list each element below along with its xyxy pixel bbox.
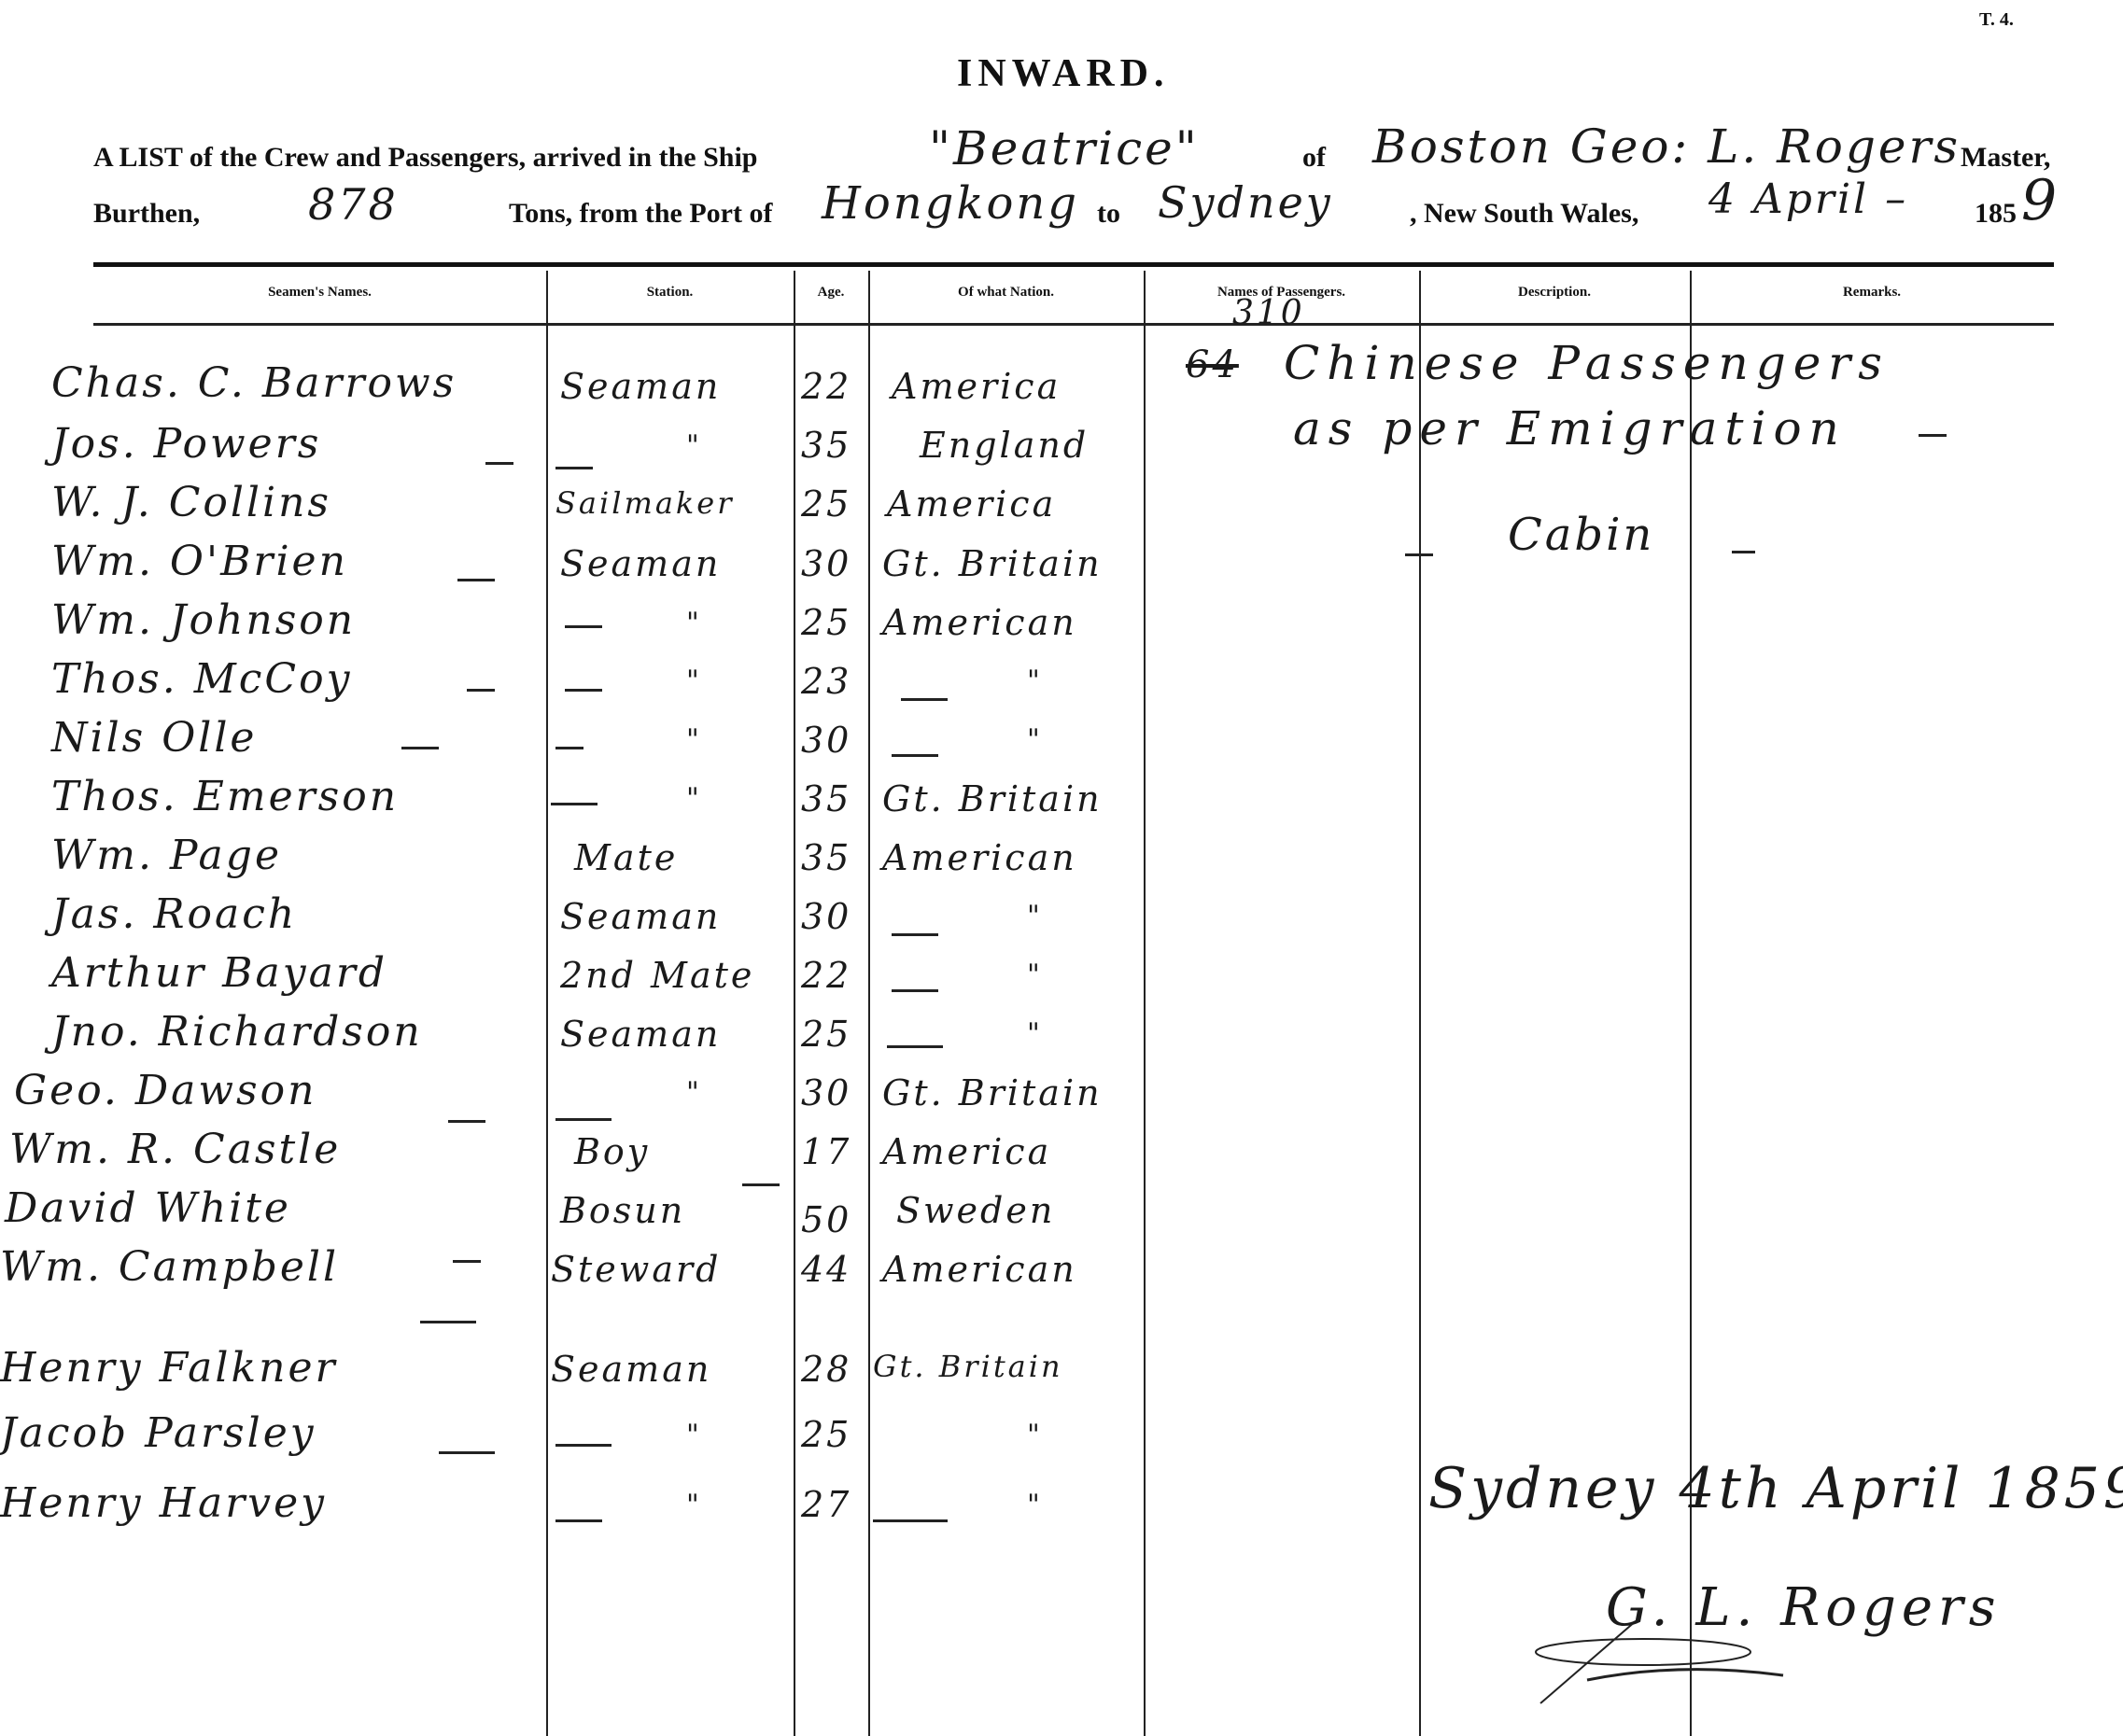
subheader-rule bbox=[548, 323, 794, 326]
crew-station: " bbox=[686, 1076, 702, 1109]
crew-name: Wm. Page bbox=[51, 832, 282, 879]
crew-nation: " bbox=[1027, 900, 1043, 932]
crew-age: 25 bbox=[801, 1014, 851, 1055]
burthen-label: Burthen, bbox=[93, 198, 200, 230]
crew-nation: Sweden bbox=[896, 1190, 1055, 1231]
crew-station: Seaman bbox=[560, 896, 721, 937]
ditto-dash bbox=[439, 1451, 495, 1454]
crew-name: Thos. Emerson bbox=[51, 773, 399, 820]
header-list-label: A LIST of the Crew and Passengers, arriv… bbox=[93, 142, 757, 174]
ditto-dash bbox=[555, 467, 593, 469]
ditto-dash bbox=[555, 1118, 612, 1121]
column-header-age: Age. bbox=[794, 285, 868, 301]
crew-station: " bbox=[686, 1489, 702, 1521]
crew-name: Jas. Roach bbox=[51, 890, 297, 938]
crew-age: 30 bbox=[801, 896, 851, 937]
ditto-dash bbox=[892, 989, 938, 992]
subheader-rule bbox=[1692, 323, 2054, 326]
ship-name: "Beatrice" bbox=[929, 121, 1200, 175]
crew-name: David White bbox=[5, 1184, 291, 1232]
passenger-name-line2: as per Emigration bbox=[1293, 401, 1847, 455]
crew-station: Steward bbox=[551, 1249, 721, 1290]
crew-station: " bbox=[686, 665, 702, 697]
passenger-struck-number: 64 bbox=[1186, 343, 1239, 386]
crew-name: Jos. Powers bbox=[51, 420, 321, 468]
crew-name: W. J. Collins bbox=[51, 479, 331, 526]
column-divider bbox=[1144, 271, 1146, 1736]
crew-age: 25 bbox=[801, 483, 851, 525]
ditto-dash bbox=[551, 803, 598, 805]
crew-station: Seaman bbox=[560, 366, 721, 407]
ditto-dash bbox=[555, 1444, 612, 1447]
column-header-station: Station. bbox=[546, 285, 794, 301]
ditto-dash bbox=[453, 1260, 481, 1263]
crew-age: 22 bbox=[801, 366, 851, 407]
crew-age: 50 bbox=[801, 1199, 851, 1240]
home-port-master: Boston Geo: L. Rogers bbox=[1372, 119, 1961, 174]
crew-name: Arthur Bayard bbox=[51, 949, 387, 997]
crew-name: Geo. Dawson bbox=[14, 1067, 316, 1114]
to-label: to bbox=[1097, 198, 1120, 230]
ditto-dash bbox=[901, 698, 948, 701]
ditto-dash bbox=[467, 689, 495, 692]
crew-age: 44 bbox=[801, 1249, 851, 1290]
crew-station: " bbox=[686, 429, 702, 462]
crew-name: Chas. C. Barrows bbox=[51, 359, 457, 407]
crew-station: Sailmaker bbox=[555, 485, 735, 521]
crew-nation: Gt. Britain bbox=[882, 543, 1103, 584]
to-port: Sydney bbox=[1158, 177, 1333, 228]
ditto-dash bbox=[1405, 553, 1433, 556]
column-divider bbox=[1419, 271, 1421, 1736]
crew-age: 35 bbox=[801, 778, 851, 819]
crew-age: 23 bbox=[801, 661, 851, 702]
crew-nation: Gt. Britain bbox=[882, 778, 1103, 819]
crew-nation: Gt. Britain bbox=[873, 1349, 1063, 1384]
crew-age: 25 bbox=[801, 1414, 851, 1455]
burthen-value: 878 bbox=[308, 179, 399, 230]
crew-station: Seaman bbox=[551, 1349, 711, 1390]
column-divider bbox=[868, 271, 870, 1736]
crew-nation: America bbox=[882, 1131, 1051, 1172]
crew-nation: England bbox=[920, 425, 1089, 466]
crew-nation: Gt. Britain bbox=[882, 1072, 1103, 1113]
ditto-dash bbox=[742, 1183, 780, 1186]
crew-name: Jno. Richardson bbox=[51, 1008, 423, 1056]
ditto-dash bbox=[892, 933, 938, 936]
passenger-description: Cabin bbox=[1508, 509, 1654, 561]
crew-station: Bosun bbox=[560, 1190, 685, 1231]
crew-age: 25 bbox=[801, 602, 851, 643]
crew-age: 30 bbox=[801, 1072, 851, 1113]
crew-age: 17 bbox=[801, 1131, 851, 1172]
signature-place-date: Sydney 4th April 1859 bbox=[1428, 1456, 2123, 1521]
nsw-label: , New South Wales, bbox=[1410, 198, 1638, 230]
ditto-dash bbox=[565, 625, 602, 628]
crew-nation: " bbox=[1027, 1419, 1043, 1451]
crew-age: 28 bbox=[801, 1349, 851, 1390]
form-code: T. 4. bbox=[1979, 9, 2014, 31]
ditto-dash bbox=[1919, 434, 1947, 437]
column-header-remarks: Remarks. bbox=[1690, 285, 2054, 301]
ditto-dash bbox=[555, 1519, 602, 1522]
column-header-seamen-names: Seamen's Names. bbox=[93, 285, 546, 301]
crew-station: " bbox=[686, 607, 702, 639]
ditto-dash bbox=[892, 754, 938, 757]
arrival-date: 4 April – bbox=[1708, 175, 1908, 223]
crew-name: Nils Olle bbox=[51, 714, 257, 762]
column-divider bbox=[794, 271, 795, 1736]
crew-age: 35 bbox=[801, 837, 851, 878]
crew-nation: American bbox=[882, 602, 1077, 643]
crew-nation: America bbox=[892, 366, 1061, 407]
subheader-rule bbox=[795, 323, 868, 326]
subheader-rule bbox=[93, 323, 546, 326]
document-title: INWARD. bbox=[957, 51, 1170, 96]
crew-name: Wm. Campbell bbox=[0, 1243, 339, 1291]
crew-name: Jacob Parsley bbox=[0, 1409, 316, 1457]
header-rule bbox=[93, 262, 2054, 267]
ditto-dash bbox=[420, 1321, 476, 1323]
crew-station: Boy bbox=[574, 1131, 650, 1172]
crew-nation: America bbox=[887, 483, 1056, 525]
crew-name: Wm. O'Brien bbox=[51, 538, 348, 585]
crew-station: Mate bbox=[574, 837, 678, 878]
passenger-count: 310 bbox=[1232, 294, 1305, 332]
ditto-dash bbox=[457, 579, 495, 581]
ditto-dash bbox=[401, 747, 439, 749]
column-header-nation: Of what Nation. bbox=[868, 285, 1144, 301]
crew-age: 30 bbox=[801, 720, 851, 761]
crew-nation: " bbox=[1027, 723, 1043, 756]
crew-station: " bbox=[686, 1419, 702, 1451]
year-printed: 185 bbox=[1975, 198, 2017, 230]
ditto-dash bbox=[565, 689, 602, 692]
crew-age: 30 bbox=[801, 543, 851, 584]
crew-nation: " bbox=[1027, 665, 1043, 697]
crew-station: " bbox=[686, 723, 702, 756]
crew-nation: American bbox=[882, 1249, 1077, 1290]
subheader-rule bbox=[1421, 323, 1690, 326]
crew-station: 2nd Mate bbox=[560, 955, 754, 996]
of-label: of bbox=[1302, 142, 1326, 174]
crew-age: 35 bbox=[801, 425, 851, 466]
crew-station: Seaman bbox=[560, 543, 721, 584]
passenger-name-line1: Chinese Passengers bbox=[1284, 336, 1890, 390]
ditto-dash bbox=[448, 1120, 485, 1123]
crew-name: Thos. McCoy bbox=[51, 655, 352, 703]
crew-name: Wm. R. Castle bbox=[9, 1126, 341, 1173]
signature-flourish-icon bbox=[1531, 1624, 1830, 1717]
from-port: Hongkong bbox=[822, 177, 1079, 230]
ditto-dash bbox=[873, 1519, 948, 1522]
crew-name: Wm. Johnson bbox=[51, 596, 356, 644]
crew-station: " bbox=[686, 782, 702, 815]
ditto-dash bbox=[887, 1045, 943, 1048]
crew-nation: " bbox=[1027, 1489, 1043, 1521]
crew-nation: American bbox=[882, 837, 1077, 878]
year-handwritten: 9 bbox=[2021, 168, 2060, 233]
crew-name: Henry Harvey bbox=[0, 1479, 327, 1527]
subheader-rule bbox=[870, 323, 1144, 326]
ditto-dash bbox=[1732, 551, 1755, 553]
crew-nation: " bbox=[1027, 959, 1043, 991]
column-divider bbox=[546, 271, 548, 1736]
ditto-dash bbox=[555, 747, 583, 749]
crew-station: Seaman bbox=[560, 1014, 721, 1055]
ditto-dash bbox=[485, 462, 513, 465]
column-header-description: Description. bbox=[1419, 285, 1690, 301]
crew-name: Henry Falkner bbox=[0, 1344, 338, 1392]
crew-age: 27 bbox=[801, 1484, 851, 1525]
crew-age: 22 bbox=[801, 955, 851, 996]
crew-nation: " bbox=[1027, 1017, 1043, 1050]
tons-from-label: Tons, from the Port of bbox=[509, 198, 772, 230]
